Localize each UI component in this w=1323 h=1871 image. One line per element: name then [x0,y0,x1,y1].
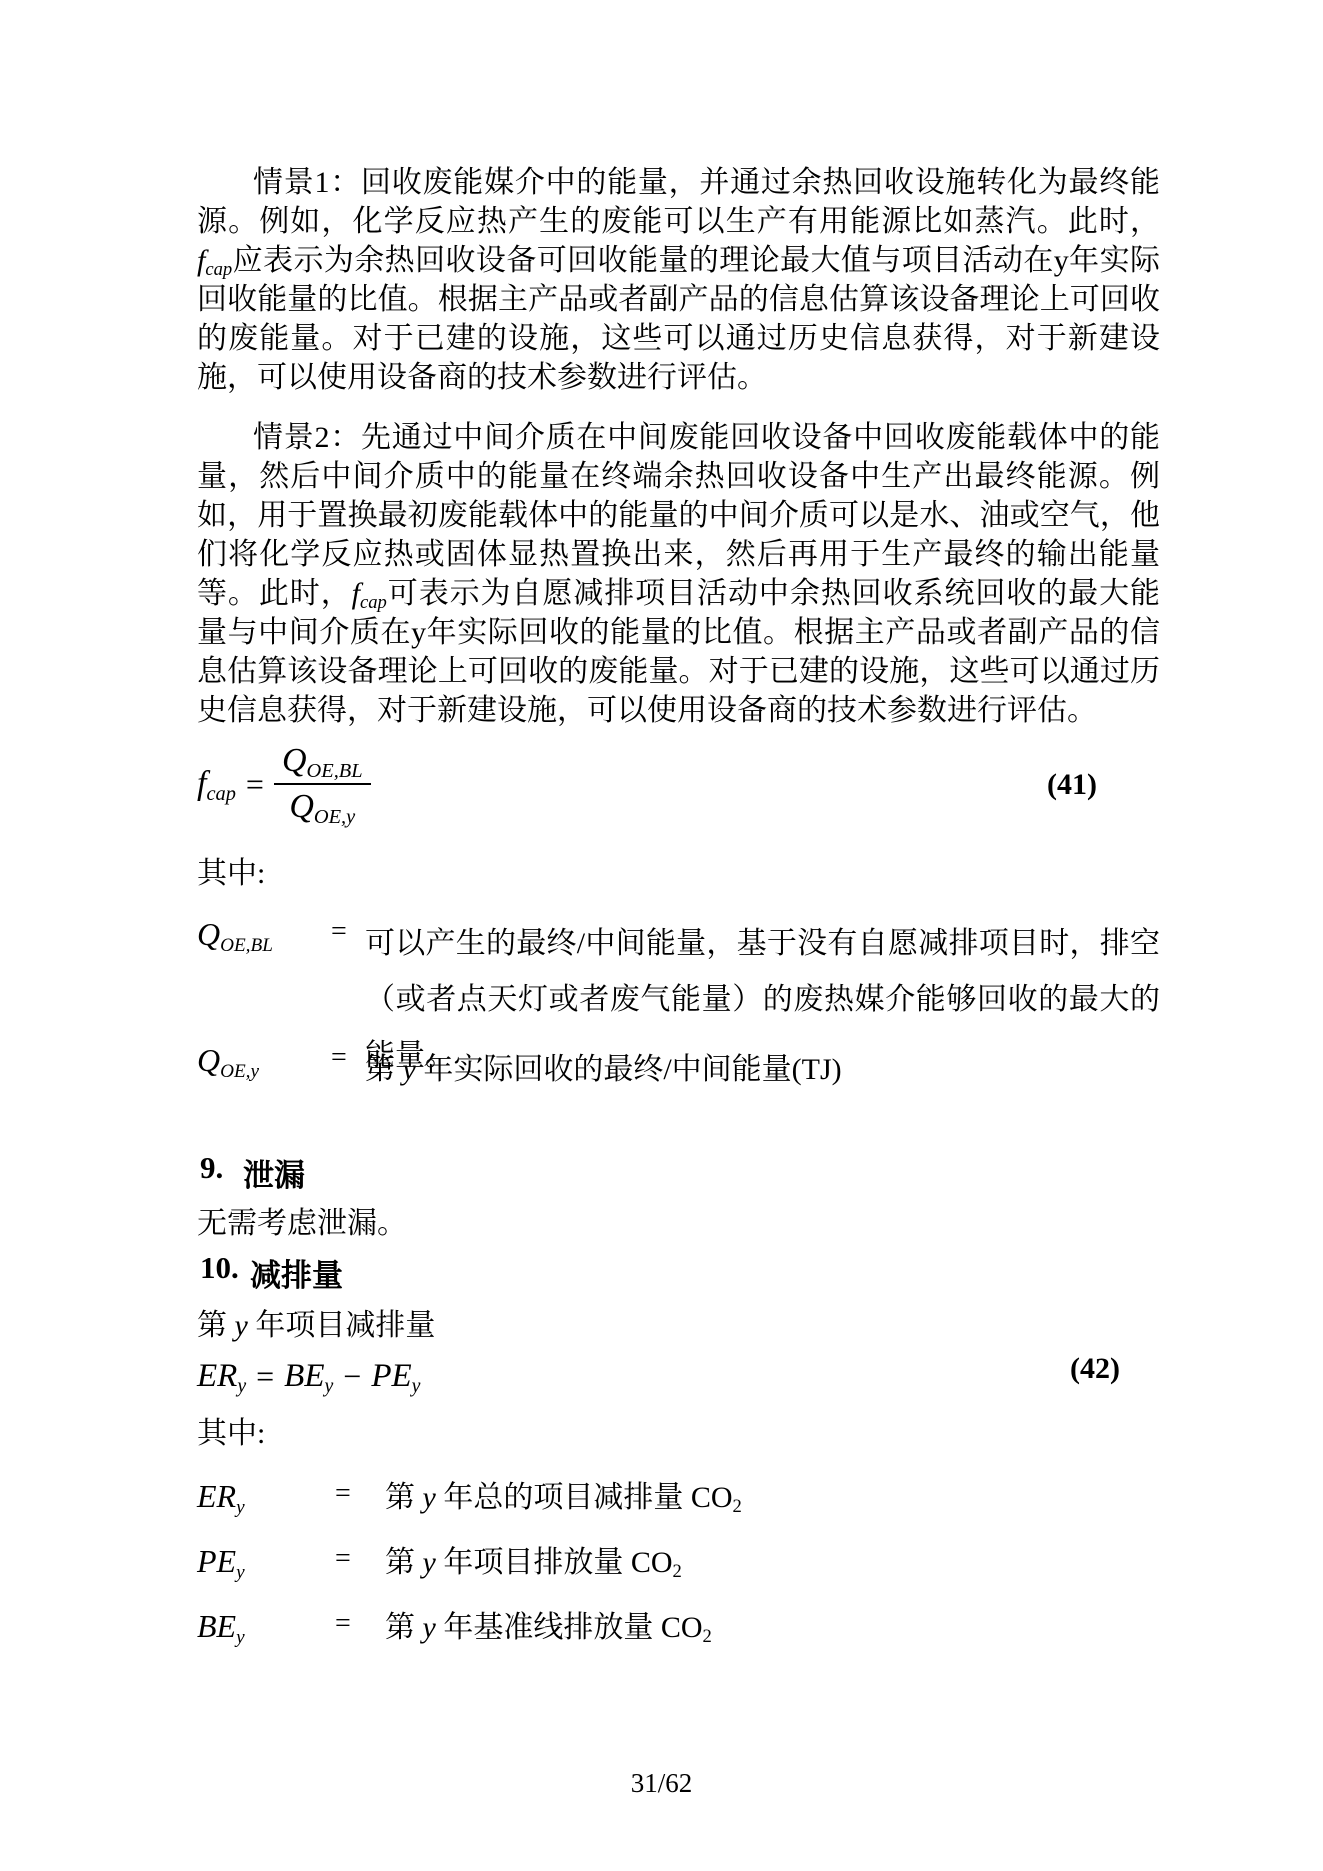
definition-row-qoey: QOE,y = 第 y 年实际回收的最终/中间能量(TJ) [197,1042,1160,1098]
paragraph-scenario-1: 情景1：回收废能媒介中的能量，并通过余热回收设施转化为最终能源。例如，化学反应热… [197,163,1160,397]
definition-text: 第 y 年总的项目减排量 CO2 [385,1478,1160,1517]
equals-sign: = [246,1358,284,1395]
equation-42-term-be: BEy [284,1358,333,1395]
section-10-body-pre: 第 [197,1309,235,1342]
fraction-denominator: QOE,y [289,785,355,826]
co2-subscript: 2 [703,1626,712,1647]
definition-text: 第 y 年项目排放量 CO2 [385,1543,1160,1582]
term-subscript: OE,BL [220,935,273,956]
definition-row-bey: BEy = 第 y 年基准线排放量 CO2 [197,1608,1160,1647]
year-variable: y [403,1053,416,1086]
term-subscript: OE,y [220,1061,259,1082]
where-label: 其中: [197,848,265,892]
co2-subscript: 2 [673,1561,682,1582]
definition-text: 第 y 年实际回收的最终/中间能量(TJ) [365,1042,1160,1098]
definition-equals: = [331,916,365,948]
definition-equals: = [331,1042,365,1074]
definition-text-post: 年项目排放量 CO [436,1546,673,1579]
term-subscript: y [236,1497,245,1518]
equation-41-number: (41) [1007,768,1097,802]
section-title: 减排量 [250,1250,343,1295]
term-base: PE [197,1543,236,1579]
term-base: ER [197,1478,236,1514]
definition-term: QOE,y [197,1042,331,1079]
section-10-heading: 10. 减排量 [200,1250,343,1295]
definition-equals: = [335,1543,385,1575]
section-10-body: 第 y 年项目减排量 [197,1300,435,1344]
term-subscript: y [236,1562,245,1583]
definition-text-post: 年实际回收的最终/中间能量(TJ) [416,1053,842,1086]
definition-term: ERy [197,1478,335,1515]
section-title: 泄漏 [243,1150,305,1195]
page-number: 31/62 [0,1768,1323,1799]
fcap-symbol-subscript: cap [360,592,387,613]
co2-subscript: 2 [733,1496,742,1517]
fraction-numerator: QOE,BL [274,742,371,785]
denominator-subscript: OE,y [314,806,355,828]
year-variable: y [423,1611,436,1644]
denominator-base: Q [289,788,314,825]
where-label: 其中: [197,1408,265,1452]
er-subscript: y [237,1375,246,1397]
term-subscript: y [236,1627,245,1648]
section-10-body-post: 年项目减排量 [248,1309,436,1342]
year-variable: y [423,1481,436,1514]
equation-41-lhs: fcap [197,765,236,803]
fcap-symbol-base: f [352,577,360,610]
term-base: Q [197,916,220,952]
definition-text-pre: 第 [385,1546,423,1579]
minus-sign: − [333,1358,371,1395]
definition-equals: = [335,1478,385,1510]
definition-text: 第 y 年基准线排放量 CO2 [385,1608,1160,1647]
section-9-body: 无需考虑泄漏。 [197,1198,407,1242]
equals-sign: = [236,766,274,803]
definition-text-post: 年总的项目减排量 CO [436,1481,733,1514]
section-9-heading: 9. 泄漏 [200,1150,305,1195]
pe-subscript: y [412,1375,421,1397]
definition-term: QOE,BL [197,916,331,953]
year-variable: y [235,1309,248,1342]
equation-41-lhs-subscript: cap [206,783,235,805]
section-number: 9. [200,1150,243,1195]
equation-42-number: (42) [1030,1352,1120,1386]
definition-text-pre: 第 [385,1481,423,1514]
document-page: 情景1：回收废能媒介中的能量，并通过余热回收设施转化为最终能源。例如，化学反应热… [0,0,1323,1871]
fcap-symbol-subscript: cap [205,259,232,280]
term-base: Q [197,1042,220,1078]
equation-42: ERy = BEy − PEy [197,1358,420,1395]
equation-41: fcap = QOE,BL QOE,y [197,742,371,826]
term-base: BE [197,1608,236,1644]
definition-text-pre: 第 [365,1053,403,1086]
definition-term: BEy [197,1608,335,1645]
equation-41-fraction: QOE,BL QOE,y [274,742,371,826]
definition-row-ery: ERy = 第 y 年总的项目减排量 CO2 [197,1478,1160,1517]
definition-term: PEy [197,1543,335,1580]
er-base: ER [197,1358,237,1394]
numerator-subscript: OE,BL [307,760,363,782]
pe-base: PE [371,1358,411,1394]
paragraph-scenario-2: 情景2：先通过中间介质在中间废能回收设备中回收废能载体中的能量，然后中间介质中的… [197,418,1160,730]
definition-text-post: 年基准线排放量 CO [436,1611,703,1644]
equation-42-lhs: ERy [197,1358,246,1395]
section-number: 10. [200,1250,250,1295]
scenario-1-text-before-symbol: 情景1：回收废能媒介中的能量，并通过余热回收设施转化为最终能源。例如，化学反应热… [197,166,1160,238]
equation-42-term-pe: PEy [371,1358,420,1395]
definition-row-pey: PEy = 第 y 年项目排放量 CO2 [197,1543,1160,1582]
numerator-base: Q [282,742,307,779]
definition-text-pre: 第 [385,1611,423,1644]
scenario-1-text-after-symbol: 应表示为余热回收设备可回收能量的理论最大值与项目活动在y年实际回收能量的比值。根… [197,244,1160,394]
be-base: BE [284,1358,324,1394]
year-variable: y [423,1546,436,1579]
be-subscript: y [324,1375,333,1397]
definition-equals: = [335,1608,385,1640]
